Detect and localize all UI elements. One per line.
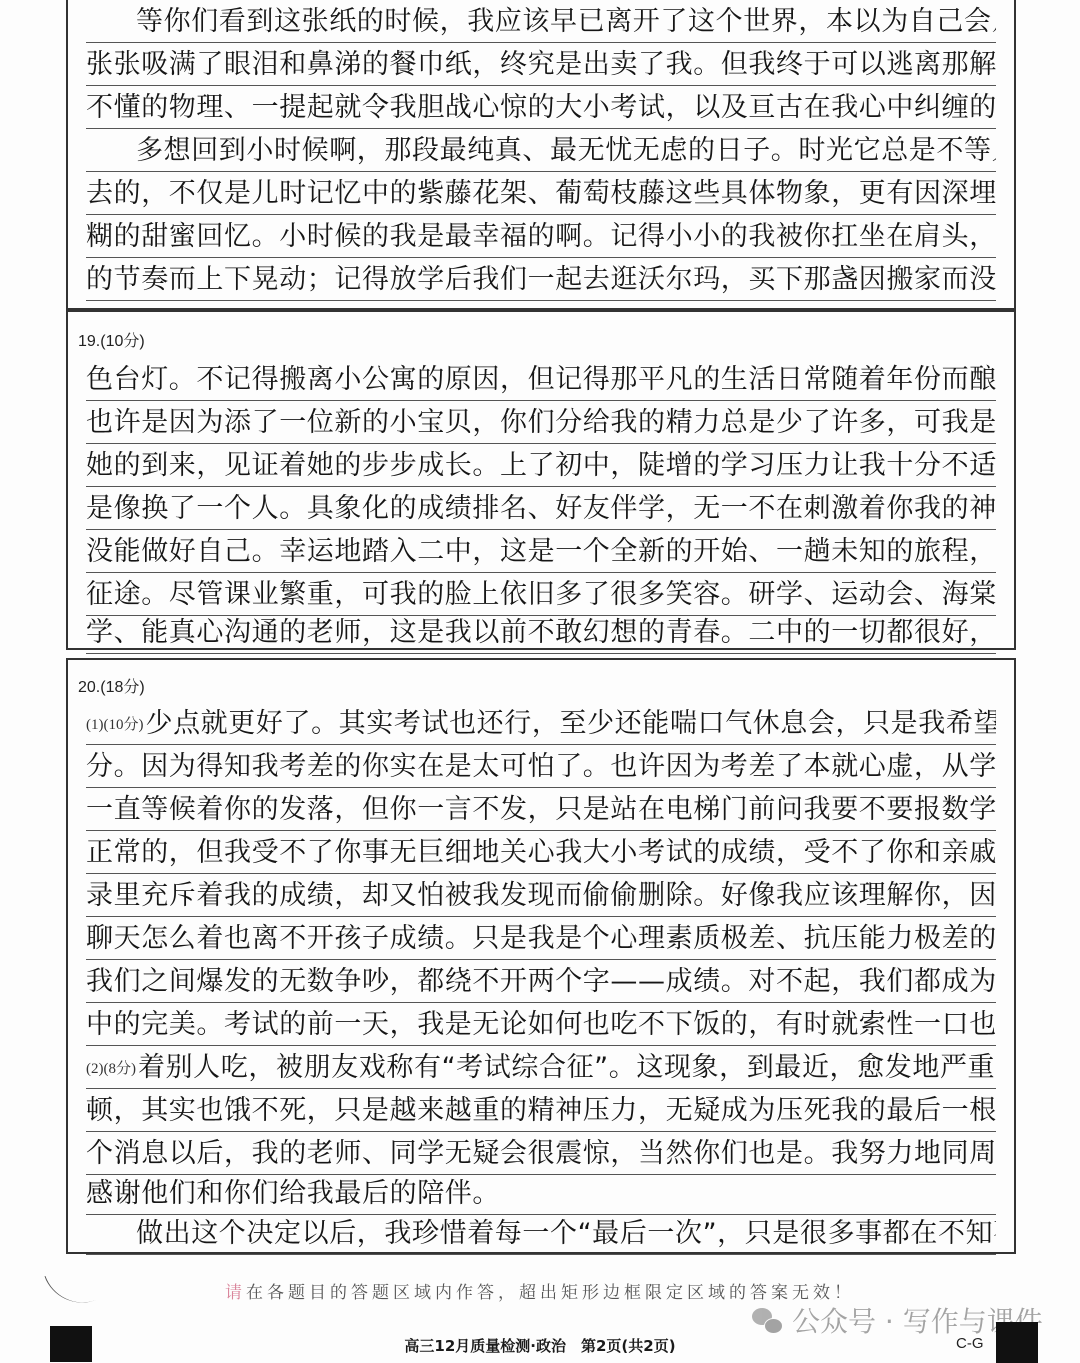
answer-line: 多想回到小时候啊，那段最纯真、最无忧无虑的日子。时光它总是不等人啊 流水般逝 [86, 131, 996, 172]
answer-line: (2)(8分)着别人吃，被朋友戏称有“考试综合征”。这现象，到最近，愈发地严重了… [86, 1048, 996, 1089]
answer-line: 分。因为得知我考差的你实在是太可怕了。也许因为考差了本就心虚，从学校到家的车程里… [86, 747, 996, 788]
answer-line: 张张吸满了眼泪和鼻涕的餐巾纸，终究是出卖了我。但我终于可以逃离那解不出的数学 看 [86, 45, 996, 86]
answer-text: 着别人吃，被朋友戏称有“考试综合征”。这现象，到最近，愈发地严重了，少吃两 [138, 1052, 996, 1083]
alignment-marker-right [996, 1322, 1038, 1363]
page-info: 高三12月质量检测·政治 第2页(共2页) [0, 1335, 1080, 1356]
question-label-20: 20.(18分) [78, 674, 145, 697]
answer-box-19: 19.(10分) 色台灯。不记得搬离小公寓的原因，但记得那平凡的生活日常随着年份… [66, 310, 1016, 650]
answer-line: 糊的甜蜜回忆。小时候的我是最幸福的啊。记得小小的我被你扛坐在肩头，随着你走路 [86, 217, 996, 258]
alignment-marker-left [50, 1326, 92, 1362]
answer-line: 感谢他们和你们给我最后的陪伴。 [86, 1174, 996, 1215]
answer-box-20: 20.(18分) (1)(10分)少点就更好了。其实考试也还行，至少还能喘口气休… [66, 658, 1016, 1254]
answer-line: 中的完美。考试的前一天，我是无论如何也吃不下饭的，有时就索性一口也不吃，去食堂看 [86, 1005, 996, 1046]
answer-line: 做出这个决定以后，我珍惜着每一个“最后一次”，只是很多事都在不知不觉间就做了告别… [86, 1214, 996, 1255]
answer-line: 不懂的物理、一提起就令我胆战心惊的大小考试，以及亘古在我心中纠缠的种种问题…… [86, 88, 996, 129]
answer-line: 一直等候着你的发落，但你一言不发，只是站在电梯门前问我要不要报数学班。好像还挺 [86, 790, 996, 831]
answer-line: 学、能真心沟通的老师，这是我以前不敢幻想的青春。二中的一切都很好，真的，要是考试 [86, 613, 996, 654]
answer-line: 没能做好自己。幸运地踏入二中，这是一个全新的开始、一趟未知的旅程，是一段艰险的 [86, 532, 996, 573]
sub-question-label-2: (2)(8分) [86, 1061, 136, 1077]
answer-line: 也许是因为添了一位新的小宝贝，你们分给我的精力总是少了许多，可我是真真正正地欢喜… [86, 403, 996, 444]
answer-line: 我们之间爆发的无数争吵，都绕不开两个字——成绩。对不起，我们都成为不了彼此心目 [86, 962, 996, 1003]
answer-line: 去的，不仅是儿时记忆中的紫藤花架、葡萄枝藤这些具体物象，更有因深埋心中而逐渐模 [86, 174, 996, 215]
answer-line: 正常的，但我受不了你事无巨细地关心我大小考试的成绩，受不了你和亲戚朋友的聊天记 [86, 833, 996, 874]
answer-line: 录里充斥着我的成绩，却又怕被我发现而偷偷删除。好像我应该理解你，因为家长们的 [86, 876, 996, 917]
answer-line: 是像换了一个人。具象化的成绩排名、好友伴学，无一不在刺激着你我的神经。终究，我还… [86, 489, 996, 530]
warning-first-char: 请 [225, 1283, 246, 1303]
answer-line: 色台灯。不记得搬离小公寓的原因，但记得那平凡的生活日常随着年份而酿出的珍贵回忆。 [86, 360, 996, 401]
answer-line: 顿，其实也饿不死，只是越来越重的精神压力，无疑成为压死我的最后一根稻草。知道这 [86, 1091, 996, 1132]
answer-box-18-continuation: 等你们看到这张纸的时候，我应该早已离开了这个世界，本以为自己会足够洒脱，一 张张… [66, 0, 1016, 310]
answer-line: (1)(10分)少点就更好了。其实考试也还行，至少还能喘口气休息会，只是我希望着… [86, 704, 996, 745]
wechat-icon [752, 1306, 784, 1334]
answer-line: 征途。尽管课业繁重，可我的脸上依旧多了很多笑容。研学、运动会、海棠节，友好相待的… [86, 575, 996, 616]
answer-text: 少点就更好了。其实考试也还行，至少还能喘口气休息会，只是我希望着它能不要出 [145, 708, 996, 739]
answer-line: 的节奏而上下晃动；记得放学后我们一起去逛沃尔玛，买下那盏因搬家而没使用多久的粉 [86, 260, 996, 301]
answer-line: 聊天怎么着也离不开孩子成绩。只是我是个心理素质极差、抗压能力极差的人，你是知道的… [86, 919, 996, 960]
question-label-19: 19.(10分) [78, 328, 145, 351]
answer-line: 等你们看到这张纸的时候，我应该早已离开了这个世界，本以为自己会足够洒脱，一 [86, 2, 996, 43]
answer-line: 她的到来，见证着她的步步成长。上了初中，陡增的学习压力让我十分不适应，我常常觉得… [86, 446, 996, 487]
answer-line: 个消息以后，我的老师、同学无疑会很震惊，当然你们也是。我努力地同周围人做着告别， [86, 1134, 996, 1175]
sub-question-label-1: (1)(10分) [86, 717, 143, 733]
paper-code: C-G [956, 1335, 984, 1352]
